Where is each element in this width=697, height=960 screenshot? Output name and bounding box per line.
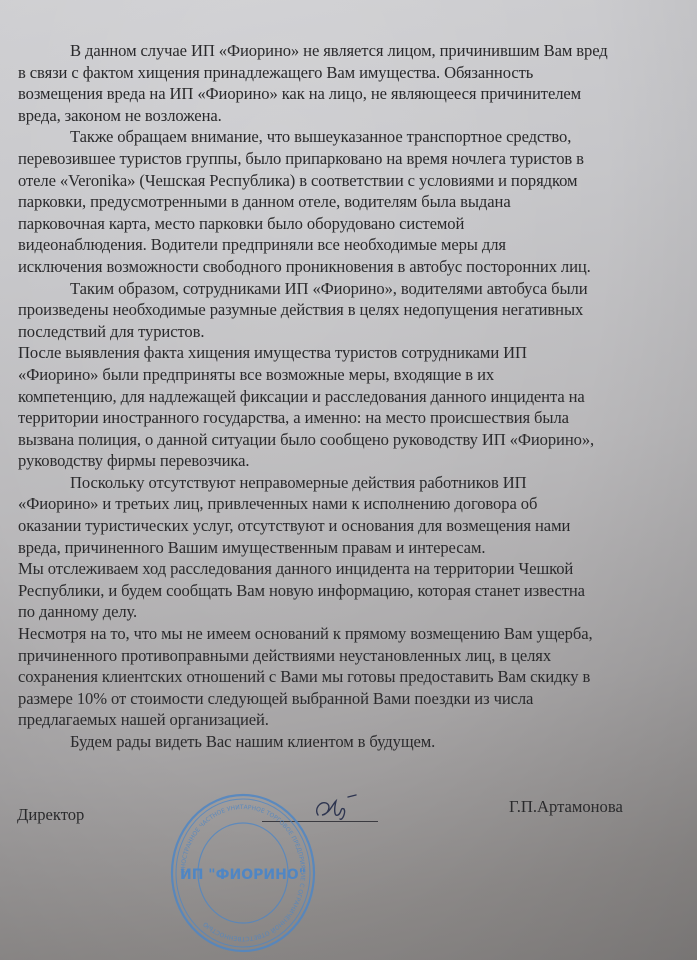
text-line: Поскольку отсутствуют неправомерные дейс… <box>18 472 688 494</box>
text-line: перевозившее туристов группы, было припа… <box>18 148 688 170</box>
text-line: отеле «Veronika» (Чешская Республика) в … <box>18 170 688 192</box>
text-line: в связи с фактом хищения принадлежащего … <box>18 62 688 84</box>
letter-body: В данном случае ИП «Фиорино» не является… <box>18 40 688 753</box>
text-line: причиненного противоправными действиями … <box>18 645 688 667</box>
text-line: Мы отслеживаем ход расследования данного… <box>18 558 688 580</box>
company-stamp-icon: ИНОСТРАННОЕ ЧАСТНОЕ УНИТАРНОЕ ТОРГОВОЕ П… <box>170 793 316 953</box>
text-line: по данному делу. <box>18 601 688 623</box>
text-line: «Фиорино» были предприняты все возможные… <box>18 364 688 386</box>
text-line: парковки, предусмотренными в данном отел… <box>18 191 688 213</box>
text-line: вызвана полиция, о данной ситуации было … <box>18 429 688 451</box>
text-line: компетенцию, для надлежащей фиксации и р… <box>18 386 688 408</box>
text-line: Таким образом, сотрудниками ИП «Фиорино»… <box>18 278 688 300</box>
text-line: произведены необходимые разумные действи… <box>18 299 688 321</box>
text-line: Будем рады видеть Вас нашим клиентом в б… <box>18 731 688 753</box>
text-line: исключения возможности свободного проник… <box>18 256 688 278</box>
text-line: территории иностранного государства, а и… <box>18 407 688 429</box>
text-line: вреда, законом не возложена. <box>18 105 688 127</box>
signature-row: Директор Г.П.Артамонова <box>0 803 697 833</box>
text-line: предлагаемых нашей организацией. <box>18 709 688 731</box>
text-line: Также обращаем внимание, что вышеуказанн… <box>18 126 688 148</box>
text-line: размере 10% от стоимости следующей выбра… <box>18 688 688 710</box>
text-line: видеонаблюдения. Водители предприняли вс… <box>18 234 688 256</box>
signatory-title: Директор <box>17 805 84 825</box>
text-line: «Фиорино» и третьих лиц, привлеченных на… <box>18 493 688 515</box>
text-line: вреда, причиненного Вашим имущественным … <box>18 537 688 559</box>
handwritten-signature-icon <box>310 791 370 825</box>
text-line: возмещения вреда на ИП «Фиорино» как на … <box>18 83 688 105</box>
text-line: сохранения клиентских отношений с Вами м… <box>18 666 688 688</box>
text-line: Республики, и будем сообщать Вам новую и… <box>18 580 688 602</box>
text-line: После выявления факта хищения имущества … <box>18 342 688 364</box>
text-line: Несмотря на то, что мы не имеем основани… <box>18 623 688 645</box>
text-line: руководству фирмы перевозчика. <box>18 450 688 472</box>
text-line: оказании туристических услуг, отсутствую… <box>18 515 688 537</box>
text-line: В данном случае ИП «Фиорино» не является… <box>18 40 688 62</box>
stamp-center-text: ИП "ФИОРИНО" <box>180 867 306 883</box>
text-line: последствий для туристов. <box>18 321 688 343</box>
signatory-name: Г.П.Артамонова <box>509 797 623 817</box>
text-line: парковочная карта, место парковки было о… <box>18 213 688 235</box>
